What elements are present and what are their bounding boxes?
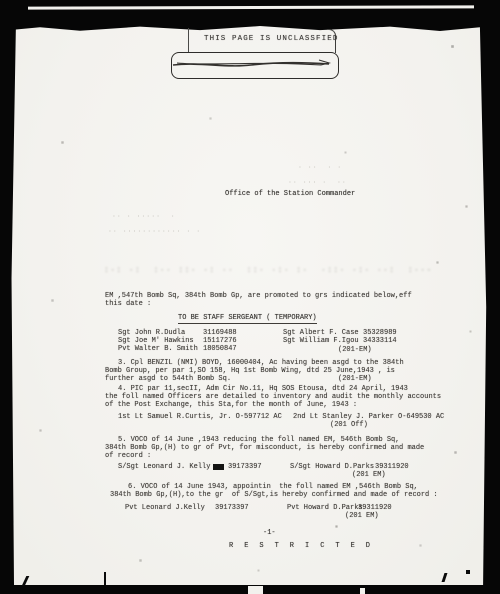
roster-serial: 39173397 — [228, 463, 262, 471]
smudged-illegible-line: :·: ·: :·· ::· ·: ·· ::· ·:· :· ·::· ·:·… — [104, 266, 433, 275]
page-number: -1- — [263, 529, 276, 537]
roster-name: Sgt William F.Igou — [283, 337, 359, 345]
paragraph-5-line-2: 384th Bomb Gp,(H) to gr of Pvt, for misc… — [105, 444, 424, 452]
paragraph-6-line-2: 384th Bomb Gp,(H),to the gr of S/Sgt,is … — [110, 491, 438, 499]
roster-name: Sgt Albert F. Case — [283, 329, 359, 337]
scan-edge-right — [477, 20, 500, 594]
unclassified-stamp: THIS PAGE IS UNCLASSFIED — [204, 35, 338, 43]
paragraph-3-line-1: 3. Cpl BENZIL (NMI) BOYD, 16000404, Ac h… — [118, 359, 404, 367]
file-tag: (201 EM) — [352, 471, 386, 479]
classification-footer: R E S T R I C T E D — [229, 542, 373, 550]
roster-name: Pvt Walter B. Smith — [118, 345, 198, 353]
officer-entry: 2nd Lt Stanley J. Parker O-649530 AC — [293, 413, 444, 421]
roster-name: Sgt Joe M' Hawkins — [118, 337, 194, 345]
scanned-document-page: THIS PAGE IS UNCLASSFIED · ·· · · ·· ···… — [0, 0, 500, 594]
faded-marks: · ·· · · — [298, 164, 342, 171]
roster-serial: 15117276 — [203, 337, 237, 345]
paragraph-1-line-2: this date : — [105, 300, 151, 308]
roster-name: S/Sgt Howard D.Parks — [290, 463, 374, 471]
roster-serial: 39173397 — [215, 504, 249, 512]
scan-edge-left — [0, 20, 16, 594]
stamp-box-left-line — [188, 28, 189, 53]
roster-serial: 18050847 — [203, 345, 237, 353]
redaction-mark — [213, 464, 224, 470]
roster-serial: 39311920 — [358, 504, 392, 512]
strikeout-scribble — [171, 52, 339, 77]
paragraph-4-line-3: of the Post Exchange, this Sta,for the m… — [105, 401, 357, 409]
scan-smudge — [466, 570, 470, 574]
roster-name: Pvt Leonard J.Kelly — [125, 504, 205, 512]
paragraph-4-line-2: the foll named Officers are detailed to … — [105, 393, 441, 401]
paragraph-4-line-1: 4. PIC par 11,secII, Adm Cir No.11, Hq S… — [118, 385, 408, 393]
scan-smudge — [442, 573, 448, 582]
scan-smudge — [104, 572, 106, 585]
scan-edge-gap — [248, 586, 263, 594]
file-tag: (201-EM) — [338, 346, 372, 354]
file-tag: (201-EM) — [338, 375, 372, 383]
faded-marks: ·· · ····· · — [112, 213, 176, 220]
roster-name: S/Sgt Leonard J. Kelly — [118, 463, 210, 471]
paragraph-5-line-3: of record : — [105, 452, 151, 460]
office-line: Office of the Station Commander — [225, 190, 355, 198]
faded-marks: ·· ··· · ·· — [288, 179, 347, 186]
paragraph-3-line-3: further asgd to 544th Bomb Sq. — [105, 375, 231, 383]
paragraph-3-line-2: Bomb Group, per par 1,SO 158, Hq 1st Bom… — [105, 367, 395, 375]
roster-serial: 34333114 — [363, 337, 397, 345]
paper-noise — [0, 0, 1, 1]
paragraph-6-line-1: 6. VOCO of 14 June 1943, appointin the f… — [128, 483, 418, 491]
faded-marks: ·· ············ · · — [108, 228, 201, 235]
paragraph-5-line-1: 5. VOCO of 14 June ,1943 reducing the fo… — [118, 436, 399, 444]
paragraph-1-line-1: EM ,547th Bomb Sq, 384th Bomb Gp, are pr… — [105, 292, 412, 300]
roster-serial: 39311920 — [375, 463, 409, 471]
scan-edge-gap — [360, 588, 365, 594]
roster-name: Pvt Howard D.Parks — [287, 504, 363, 512]
officer-entry: 1st Lt Samuel R.Curtis, Jr. O-597712 AC — [118, 413, 282, 421]
roster-serial: 31169488 — [203, 329, 237, 337]
file-tag: (201 EM) — [345, 512, 379, 520]
roster-name: Sgt John R.Dudla — [118, 329, 185, 337]
roster-serial: 35328989 — [363, 329, 397, 337]
file-tag: (201 Off) — [330, 421, 368, 429]
promotion-heading: TO BE STAFF SERGEANT ( TEMPORARY) — [178, 314, 317, 324]
